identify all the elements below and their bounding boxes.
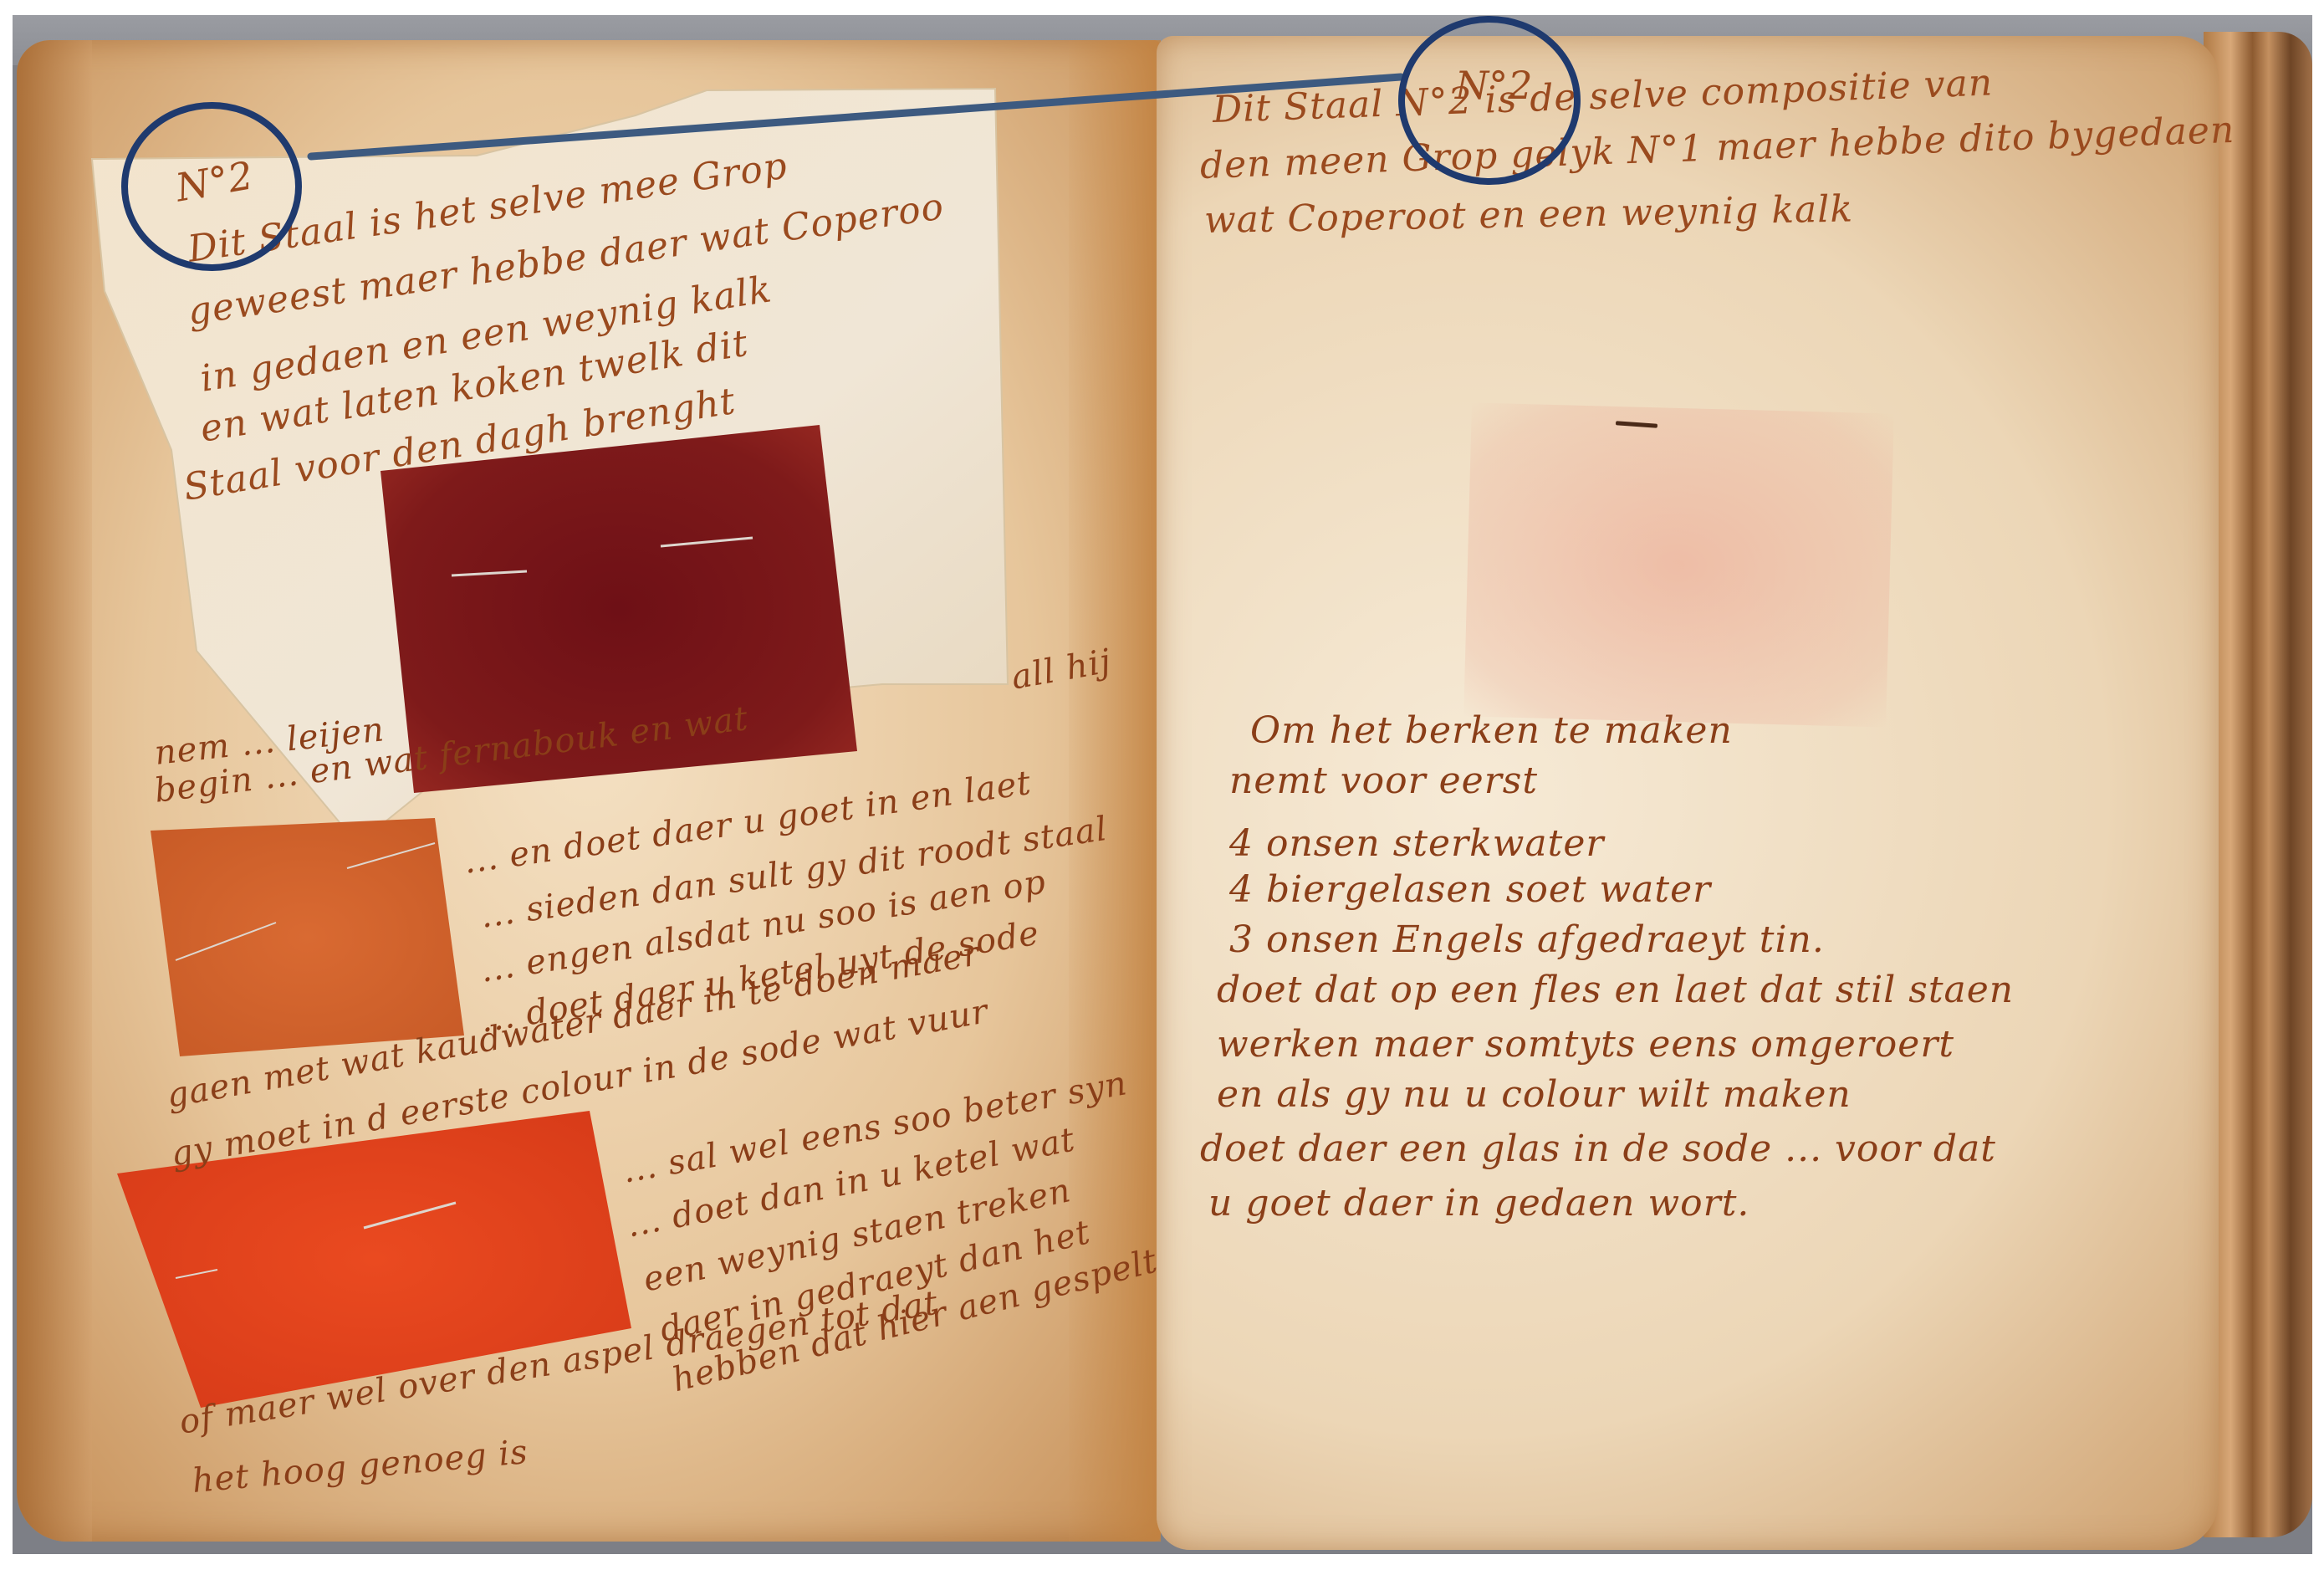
recipe-line-3: 4 biergelasen soet water [1229,868,1711,911]
recipe-title: Om het berken te maken [1250,709,1733,752]
recipe-line-4: 3 onsen Engels afgedraeyt tin. [1229,918,1825,961]
recipe-line-6: werken maer somtyts eens omgeroert [1217,1023,1954,1066]
recipe-line-2: 4 onsen sterkwater [1229,822,1604,865]
recipe-line-8: doet daer een glas in de sode ... voor d… [1200,1128,1996,1170]
circle-right-label: N°2 [1455,63,1533,108]
manuscript-photo: Dit Staal is het selve mee Grop geweest … [13,15,2312,1554]
recipe-line-5: doet dat op een fles en laet dat stil st… [1217,969,2014,1011]
recipe-line-7: en als gy nu u colour wilt maken [1217,1073,1852,1116]
orange-swatch [151,818,464,1056]
recipe-line-1: nemt voor eerst [1229,759,1538,802]
recipe-line-9: u goet daer in gedaen wort. [1208,1182,1749,1225]
